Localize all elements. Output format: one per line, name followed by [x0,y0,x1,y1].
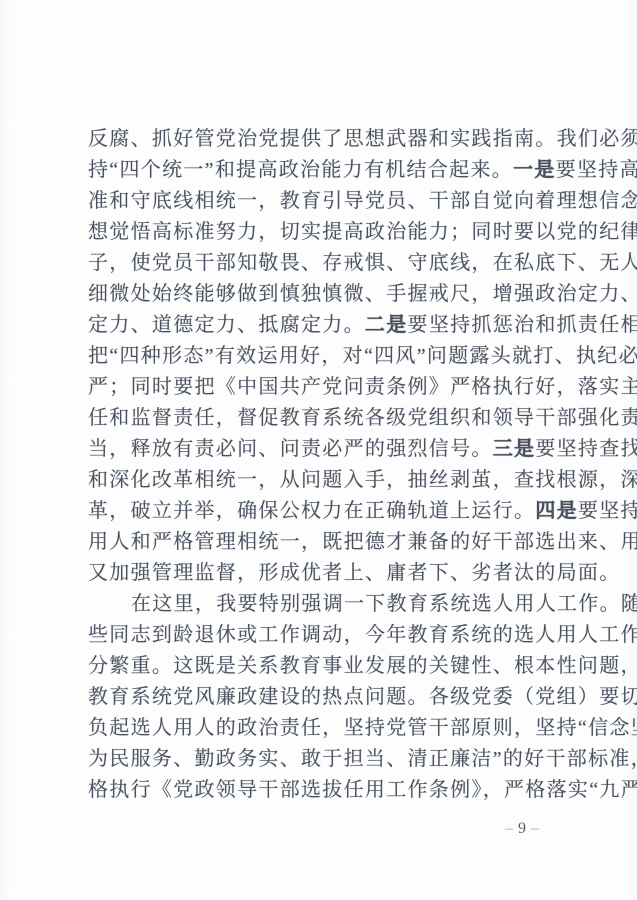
text-line: 又加强管理监督，形成优者上、庸者下、劣者汰的局面。 [88,558,580,589]
text-segment: 又加强管理监督，形成优者上、庸者下、劣者汰的局面。 [88,562,621,584]
text-segment: 和深化改革相统一，从问题入手，抽丝剥茧，查找根源，深化改 [88,469,637,491]
text-line: 想觉悟高标准努力，切实提高政治能力；同时要以党的纪律为尺 [88,217,580,248]
text-line: 负起选人用人的政治责任，坚持党管干部原则，坚持“信念坚定、 [88,713,580,744]
text-line: 教育系统党风廉政建设的热点问题。各级党委（党组）要切实担 [88,682,580,713]
text-segment: 在这里，我要特别强调一下教育系统选人用人工作。随着一 [131,593,637,615]
text-line: 分繁重。这既是关系教育事业发展的关键性、根本性问题，也是 [88,651,580,682]
text-line: 当，释放有责必问、问责必严的强烈信号。三是要坚持查找问题 [88,434,580,465]
text-segment-bold: 二是 [365,314,408,336]
text-segment: 想觉悟高标准努力，切实提高政治能力；同时要以党的纪律为尺 [88,221,637,243]
document-body: 反腐、抓好管党治党提供了思想武器和实践指南。我们必须把坚持“四个统一”和提高政治… [88,124,580,806]
text-line: 子，使党员干部知敬畏、存戒惧、守底线，在私底下、无人时、 [88,248,580,279]
text-line: 任和监督责任，督促教育系统各级党组织和领导干部强化责任担 [88,403,580,434]
text-line: 反腐、抓好管党治党提供了思想武器和实践指南。我们必须把坚 [88,124,580,155]
text-segment: 革，破立并举，确保公权力在正确轨道上运行。 [88,500,535,522]
text-line: 用人和严格管理相统一，既把德才兼备的好干部选出来、用起来， [88,527,580,558]
text-segment: 要坚持高标 [556,159,637,181]
text-segment-bold: 四是 [535,500,578,522]
text-line: 些同志到龄退休或工作调动，今年教育系统的选人用人工作也十 [88,620,580,651]
page-number-dash-left: – [505,820,516,837]
text-segment: 细微处始终能够做到慎独慎微、手握戒尺，增强政治定力、纪律 [88,283,637,305]
text-segment: 定力、道德定力、抵腐定力。 [88,314,365,336]
text-line: 和深化改革相统一，从问题入手，抽丝剥茧，查找根源，深化改 [88,465,580,496]
document-page: 反腐、抓好管党治党提供了思想武器和实践指南。我们必须把坚持“四个统一”和提高政治… [0,0,637,900]
text-segment: 子，使党员干部知敬畏、存戒惧、守底线，在私底下、无人时、 [88,252,637,274]
text-line: 严；同时要把《中国共产党问责条例》严格执行好，落实主体责 [88,372,580,403]
page-number-dash-right: – [531,820,542,837]
page-number-value: 9 [516,820,531,837]
text-line: 定力、道德定力、抵腐定力。二是要坚持抓惩治和抓责任相统一， [88,310,580,341]
text-segment: 教育系统党风廉政建设的热点问题。各级党委（党组）要切实担 [88,686,637,708]
text-segment-bold: 三是 [493,438,536,460]
page-number: –9– [505,820,542,838]
text-segment: 格执行《党政领导干部选拔任用工作条例》，严格落实“九严禁” [88,779,637,801]
text-segment: 负起选人用人的政治责任，坚持党管干部原则，坚持“信念坚定、 [88,717,637,739]
text-segment: 要坚持抓惩治和抓责任相统一， [408,314,637,336]
text-segment: 要坚持选人 [578,500,637,522]
text-segment-bold: 一是 [513,159,556,181]
text-segment: 持“四个统一”和提高政治能力有机结合起来。 [88,159,513,181]
text-segment: 要坚持查找问题 [535,438,637,460]
text-line: 把“四种形态”有效运用好，对“四风”问题露头就打、执纪必 [88,341,580,372]
text-segment: 严；同时要把《中国共产党问责条例》严格执行好，落实主体责 [88,376,637,398]
text-segment: 用人和严格管理相统一，既把德才兼备的好干部选出来、用起来， [88,531,637,553]
text-line: 革，破立并举，确保公权力在正确轨道上运行。四是要坚持选人 [88,496,580,527]
text-segment: 些同志到龄退休或工作调动，今年教育系统的选人用人工作也十 [88,624,637,646]
text-line: 细微处始终能够做到慎独慎微、手握戒尺，增强政治定力、纪律 [88,279,580,310]
text-line: 格执行《党政领导干部选拔任用工作条例》，严格落实“九严禁” [88,775,580,806]
text-segment: 分繁重。这既是关系教育事业发展的关键性、根本性问题，也是 [88,655,637,677]
text-segment: 反腐、抓好管党治党提供了思想武器和实践指南。我们必须把坚 [88,128,637,150]
text-line: 持“四个统一”和提高政治能力有机结合起来。一是要坚持高标 [88,155,580,186]
text-line: 为民服务、勤政务实、敢于担当、清正廉洁”的好干部标准，严 [88,744,580,775]
text-segment: 把“四种形态”有效运用好，对“四风”问题露头就打、执纪必 [88,345,637,367]
text-line: 在这里，我要特别强调一下教育系统选人用人工作。随着一 [88,589,580,620]
text-line: 准和守底线相统一，教育引导党员、干部自觉向着理想信念、思 [88,186,580,217]
text-segment: 为民服务、勤政务实、敢于担当、清正廉洁”的好干部标准，严 [88,748,637,770]
text-segment: 准和守底线相统一，教育引导党员、干部自觉向着理想信念、思 [88,190,637,212]
text-segment: 当，释放有责必问、问责必严的强烈信号。 [88,438,493,460]
text-segment: 任和监督责任，督促教育系统各级党组织和领导干部强化责任担 [88,407,637,429]
